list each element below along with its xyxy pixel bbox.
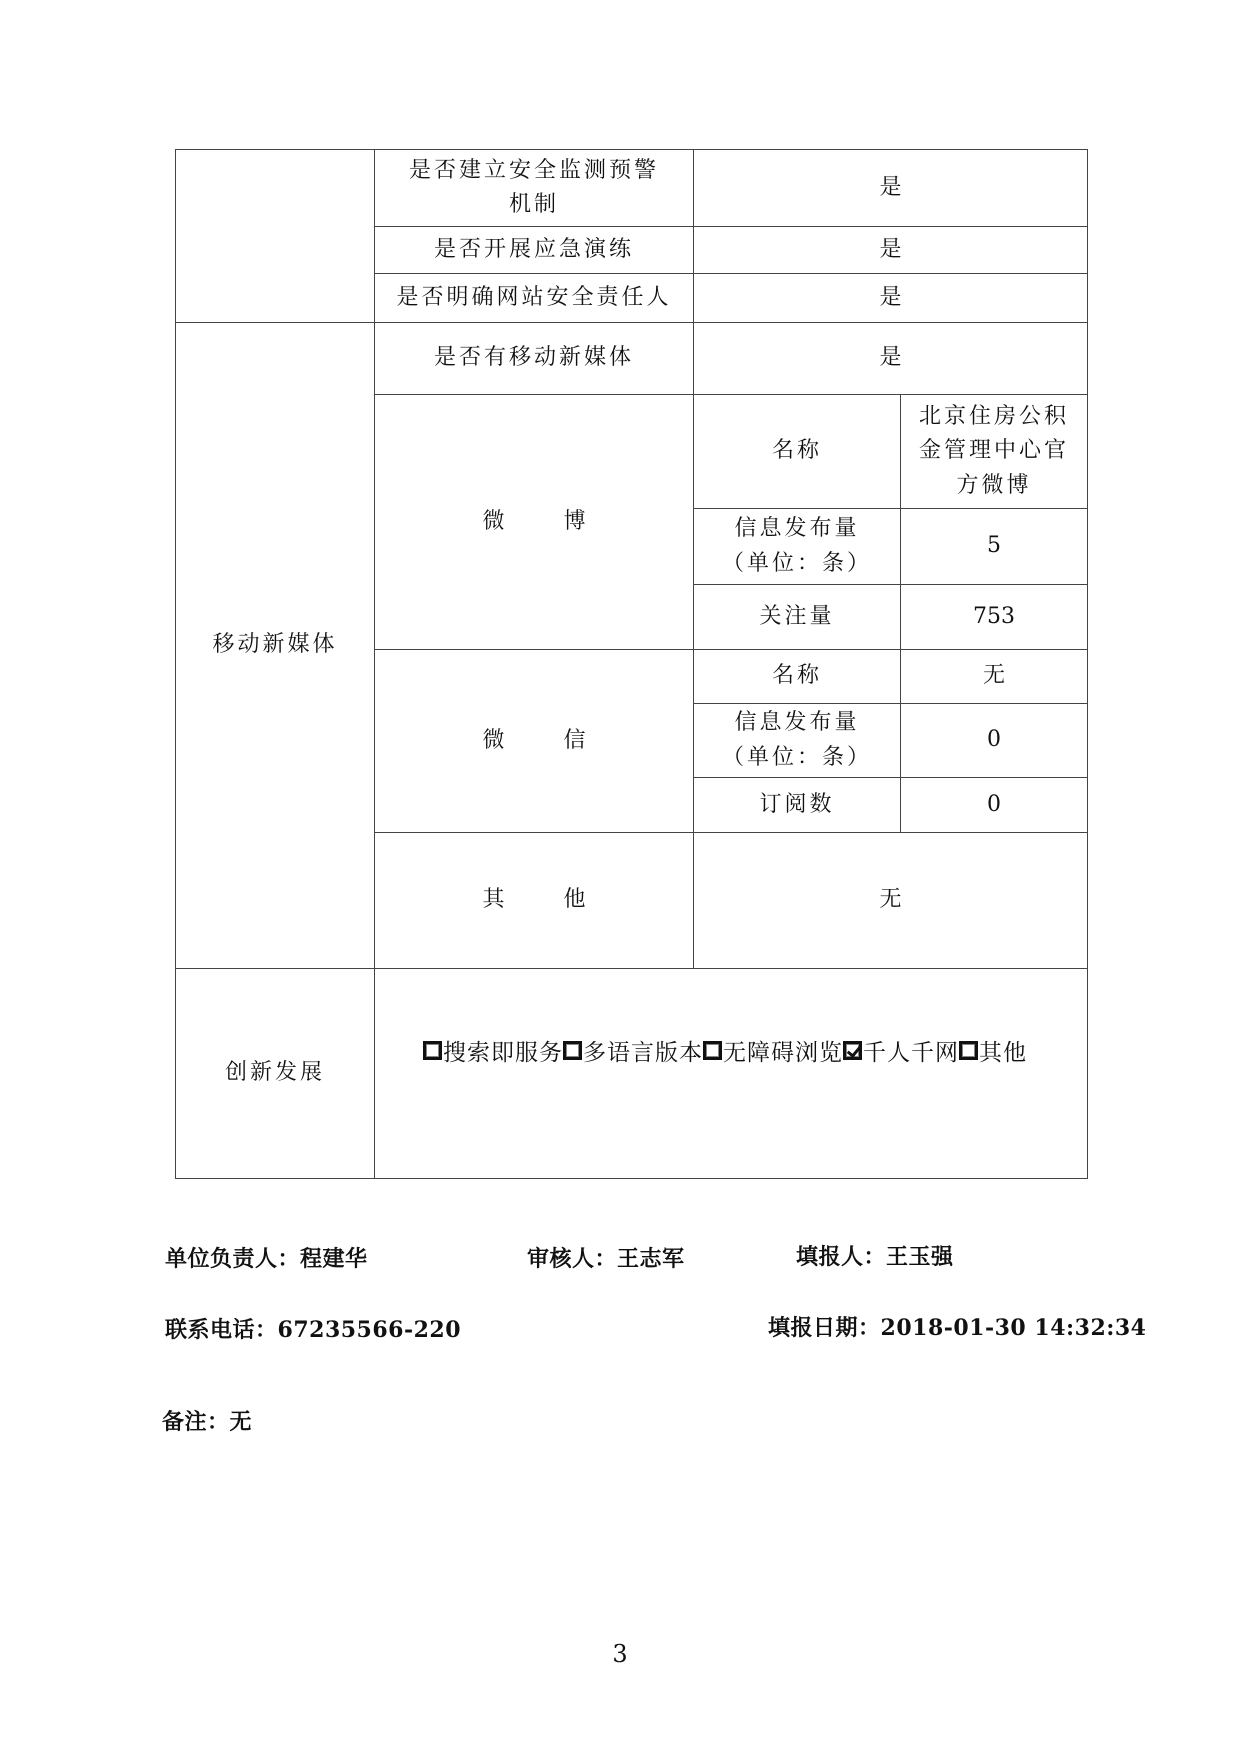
filler-value: 王玉强	[886, 1244, 954, 1270]
innovation-options: 搜索即服务 多语言版本 无障碍浏览 千人千网 其他	[423, 1034, 1027, 1067]
phone-value: 67235566-220	[278, 1317, 462, 1343]
monitoring-warning-label-line2: 机制	[409, 188, 659, 222]
monitoring-warning-label-line1: 是否建立安全监测预警	[409, 154, 659, 188]
wechat-posts-label-line2: （单位：条）	[722, 741, 872, 775]
emergency-drill-label: 是否开展应急演练	[374, 226, 694, 274]
monitoring-warning-label: 是否建立安全监测预警 机制	[374, 149, 694, 227]
checkbox-search-as-service[interactable]	[423, 1041, 442, 1060]
unit-head-label: 单位负责人：	[165, 1246, 300, 1272]
weibo-posts-label: 信息发布量 （单位：条）	[693, 508, 901, 585]
filler: 填报人：王玉强	[796, 1240, 954, 1271]
weibo-posts-value: 5	[900, 508, 1088, 585]
date-label: 填报日期：	[768, 1315, 881, 1341]
option-accessibility-label: 无障碍浏览	[723, 1034, 843, 1067]
monitoring-warning-value: 是	[693, 149, 1088, 227]
other-media-value: 无	[693, 832, 1088, 969]
wechat-label: 微 信	[374, 649, 694, 833]
wechat-name-value: 无	[900, 649, 1088, 704]
security-owner-label: 是否明确网站安全责任人	[374, 273, 694, 323]
checkbox-accessibility[interactable]	[703, 1041, 722, 1060]
security-owner-value: 是	[693, 273, 1088, 323]
emergency-drill-value: 是	[693, 226, 1088, 274]
filler-label: 填报人：	[796, 1244, 886, 1270]
checkbox-other[interactable]	[959, 1041, 978, 1060]
fill-date: 填报日期：2018-01-30 14:32:34	[768, 1311, 1147, 1342]
weibo-name-label: 名称	[693, 394, 901, 509]
unit-head-value: 程建华	[300, 1246, 368, 1272]
remarks-label: 备注：	[162, 1409, 230, 1435]
other-media-label: 其 他	[374, 832, 694, 969]
innovation-section-label: 创新发展	[175, 968, 375, 1179]
option-personalized-label: 千人千网	[863, 1034, 959, 1067]
unit-head: 单位负责人：程建华	[165, 1242, 368, 1273]
wechat-posts-label: 信息发布量 （单位：条）	[693, 703, 901, 778]
checkbox-personalized-checked[interactable]	[843, 1041, 862, 1060]
reviewer-value: 王志军	[617, 1246, 685, 1272]
wechat-posts-value: 0	[900, 703, 1088, 778]
option-other-label: 其他	[979, 1034, 1027, 1067]
weibo-name-line2: 金管理中心官	[919, 434, 1069, 468]
weibo-label: 微 博	[374, 394, 694, 650]
option-search-as-service-label: 搜索即服务	[443, 1034, 563, 1067]
wechat-subscribers-value: 0	[900, 777, 1088, 833]
weibo-name-line1: 北京住房公积	[919, 400, 1069, 434]
weibo-followers-value: 753	[900, 584, 1088, 650]
remarks: 备注：无	[162, 1405, 252, 1436]
security-section-label-cell	[175, 149, 375, 323]
wechat-posts-label-line1: 信息发布量	[722, 706, 872, 740]
weibo-followers-label: 关注量	[693, 584, 901, 650]
mobile-media-section-label: 移动新媒体	[175, 322, 375, 969]
weibo-posts-label-line1: 信息发布量	[722, 512, 872, 546]
has-mobile-media-label: 是否有移动新媒体	[374, 322, 694, 395]
checkbox-multilingual[interactable]	[563, 1041, 582, 1060]
innovation-options-cell	[374, 968, 1088, 1179]
phone-label: 联系电话：	[165, 1317, 278, 1343]
date-value: 2018-01-30 14:32:34	[881, 1315, 1147, 1341]
page-number: 3	[0, 1640, 1240, 1668]
reviewer-label: 审核人：	[527, 1246, 617, 1272]
reviewer: 审核人：王志军	[527, 1242, 685, 1273]
has-mobile-media-value: 是	[693, 322, 1088, 395]
weibo-name-value: 北京住房公积 金管理中心官 方微博	[900, 394, 1088, 509]
remarks-value: 无	[230, 1409, 253, 1435]
option-multilingual-label: 多语言版本	[583, 1034, 703, 1067]
contact-phone: 联系电话：67235566-220	[165, 1313, 461, 1344]
weibo-posts-label-line2: （单位：条）	[722, 547, 872, 581]
wechat-name-label: 名称	[693, 649, 901, 704]
wechat-subscribers-label: 订阅数	[693, 777, 901, 833]
weibo-name-line3: 方微博	[919, 469, 1069, 503]
